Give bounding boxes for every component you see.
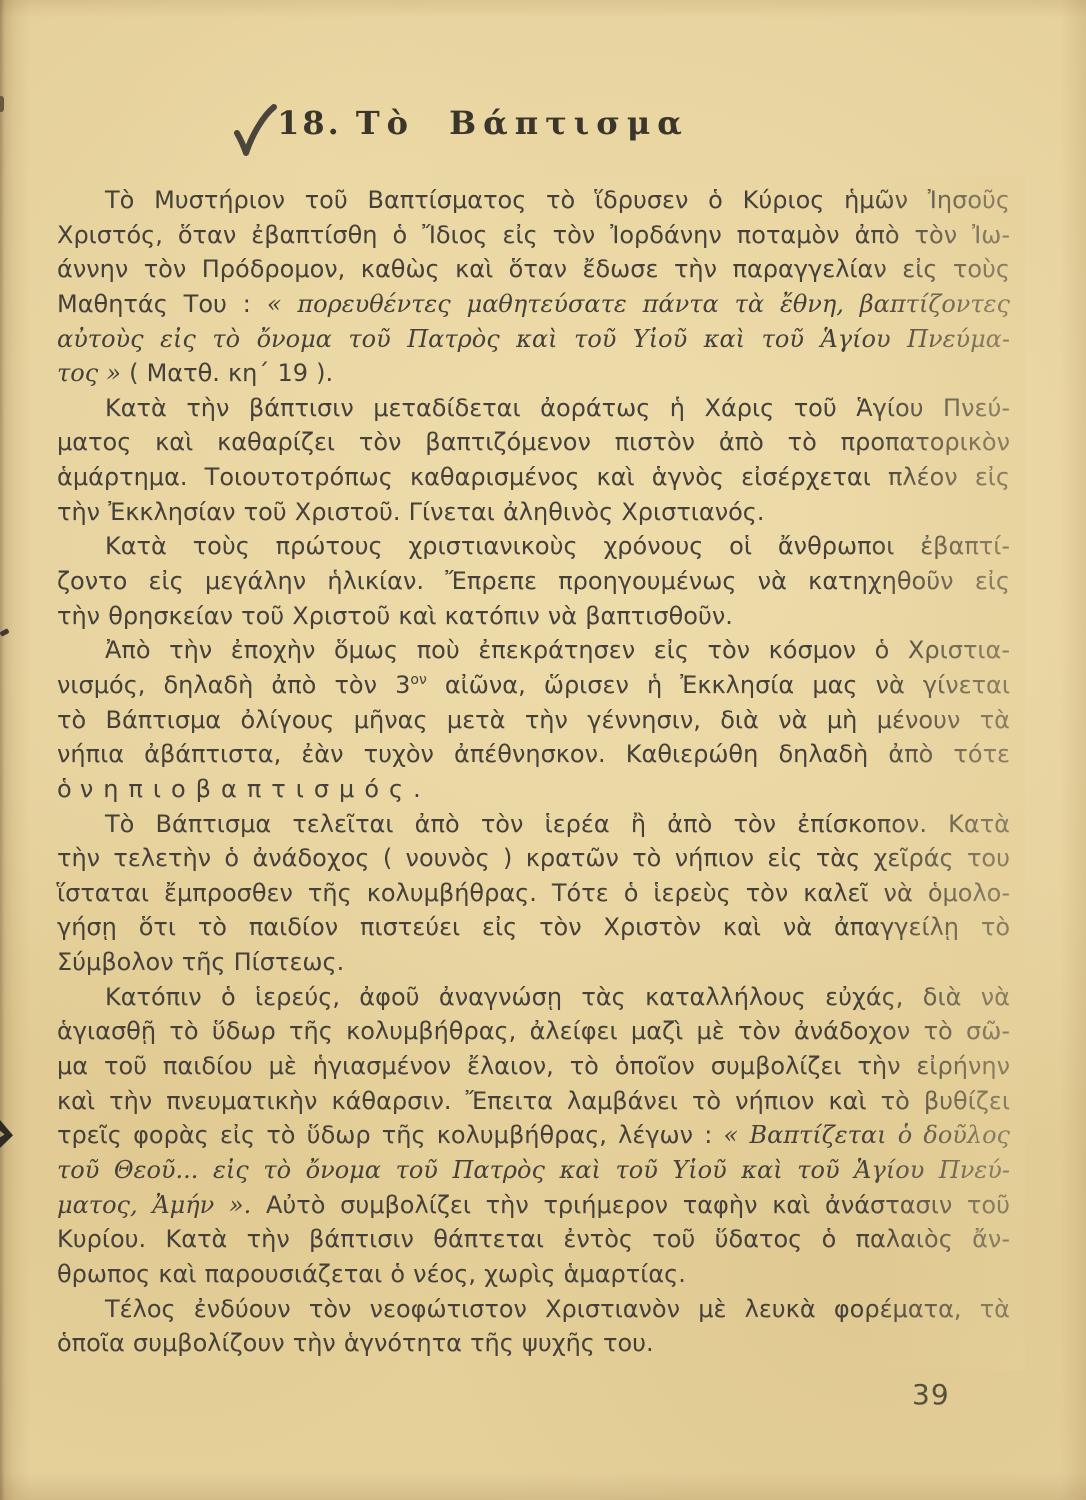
- text-run: Αὐτὸ συμβολίζει τὴν τριήμερον ταφὴν καὶ …: [266, 1191, 1010, 1219]
- text-run: αἰῶνα, ὥρισεν ἡ Ἐκκλησία μας νὰ γίνεται: [427, 671, 1010, 699]
- text-run: τὴν τελετὴν ὁ ἀνάδοχος ( νουνὸς ) κρατῶν…: [57, 844, 1010, 872]
- pencil-arrow-mark: [0, 1120, 13, 1148]
- text-run: ἁγιασθῇ τὸ ὕδωρ τῆς κολυμβήθρας, ἀλείφει…: [57, 1017, 1010, 1045]
- text-run: Μαθητάς Του :: [57, 290, 267, 318]
- text-run: θρωπος καὶ παρουσιάζεται ὁ νέος, χωρὶς ἁ…: [57, 1260, 686, 1288]
- text-run: Τὸ Βάπτισμα τελεῖται ἀπὸ τὸν ἱερέα ἢ ἀπὸ…: [105, 810, 1010, 838]
- text-run: καὶ τὴν πνευματικὴν κάθαρσιν. Ἔπειτα λαμ…: [57, 1087, 1010, 1115]
- text-line: ματος, Ἀμήν ». Αὐτὸ συμβολίζει τὴν τριήμ…: [57, 1188, 1010, 1223]
- text-line: άννην τὸν Πρόδρομον, καθὼς καὶ ὅταν ἔδωσ…: [57, 252, 1010, 287]
- text-run: Κατὰ τοὺς πρώτους χριστιανικοὺς χρόνους …: [105, 532, 1010, 560]
- text-line: Σύμβολον τῆς Πίστεως.: [57, 945, 1010, 980]
- text-line: ἁγιασθῇ τὸ ὕδωρ τῆς κολυμβήθρας, ἀλείφει…: [57, 1014, 1010, 1049]
- text-line: τὴν τελετὴν ὁ ἀνάδοχος ( νουνὸς ) κρατῶν…: [57, 841, 1010, 876]
- text-run: Κυρίου. Κατὰ τὴν βάπτισιν θάπτεται ἐντὸς…: [57, 1225, 1010, 1253]
- text-line: τὴν θρησκείαν τοῦ Χριστοῦ καὶ κατόπιν νὰ…: [57, 599, 1010, 634]
- text-line: Τέλος ἐνδύουν τὸν νεοφώτιστον Χριστιανὸν…: [57, 1292, 1010, 1327]
- text-line: ὁ νηπιοβαπτισμός.: [57, 772, 1010, 807]
- text-run: ἁμάρτημα. Τοιουτοτρόπως καθαρισμένος καὶ…: [57, 463, 1010, 491]
- text-line: Κατὰ τὴν βάπτισιν μεταδίδεται ἀοράτως ἡ …: [57, 391, 1010, 426]
- text-line: ματος καὶ καθαρίζει τὸν βαπτιζόμενον πισ…: [57, 425, 1010, 460]
- text-line: Μαθητάς Του : « πορευθέντες μαθητεύσατε …: [57, 287, 1010, 322]
- text-run: Χριστός, ὅταν ἐβαπτίσθη ὁ Ἴδιος εἰς τὸν …: [57, 221, 1010, 249]
- text-run: Τέλος ἐνδύουν τὸν νεοφώτιστον Χριστιανὸν…: [105, 1295, 1010, 1323]
- text-run: Τὸ Μυστήριον τοῦ Βαπτίσματος τὸ ἵδρυσεν …: [105, 186, 1010, 214]
- text-run: νηπιοβαπτισμός.: [80, 775, 431, 803]
- text-run: τὸ Βάπτισμα ὀλίγους μῆνας μετὰ τὴν γέννη…: [57, 706, 1010, 734]
- text-line: τοῦ Θεοῦ... εἰς τὸ ὄνομα τοῦ Πατρὸς καὶ …: [57, 1153, 1010, 1188]
- text-line: θρωπος καὶ παρουσιάζεται ὁ νέος, χωρὶς ἁ…: [57, 1257, 1010, 1292]
- text-run: νήπια ἀβάπτιστα, ἐὰν τυχὸν ἀπέθνησκον. Κ…: [57, 740, 1010, 768]
- text-run: ὁ: [57, 775, 80, 803]
- text-line: νήπια ἀβάπτιστα, ἐὰν τυχὸν ἀπέθνησκον. Κ…: [57, 737, 1010, 772]
- page-edge-nick: [0, 96, 4, 112]
- text-run: τὴν θρησκείαν τοῦ Χριστοῦ καὶ κατόπιν νὰ…: [57, 602, 733, 630]
- text-run: ὁποῖα συμβολίζουν τὴν ἁγνότητα τῆς ψυχῆς…: [57, 1329, 654, 1357]
- text-run: Ἀπὸ τὴν ἐποχὴν ὅμως ποὺ ἐπεκράτησεν εἰς …: [105, 636, 1010, 664]
- text-run: τρεῖς φορὰς εἰς τὸ ὕδωρ τῆς κολυμβήθρας,…: [57, 1121, 724, 1149]
- text-line: μα τοῦ παιδίου μὲ ἡγιασμένον ἔλαιον, τὸ …: [57, 1049, 1010, 1084]
- text-run: τος »: [57, 359, 129, 387]
- text-line: Κυρίου. Κατὰ τὴν βάπτισιν θάπτεται ἐντὸς…: [57, 1222, 1010, 1257]
- text-line: καὶ τὴν πνευματικὴν κάθαρσιν. Ἔπειτα λαμ…: [57, 1084, 1010, 1119]
- text-line: νισμός, δηλαδὴ ἀπὸ τὸν 3ον αἰῶνα, ὥρισεν…: [57, 668, 1010, 703]
- text-run: άννην τὸν Πρόδρομον, καθὼς καὶ ὅταν ἔδωσ…: [57, 255, 1010, 283]
- text-line: ὁποῖα συμβολίζουν τὴν ἁγνότητα τῆς ψυχῆς…: [57, 1326, 1010, 1361]
- text-run: ἵσταται ἔμπροσθεν τῆς κολυμβήθρας. Τότε …: [57, 879, 1010, 907]
- text-run: Κατὰ τὴν βάπτισιν μεταδίδεται ἀοράτως ἡ …: [105, 394, 1010, 422]
- text-run: τοῦ Θεοῦ... εἰς τὸ ὄνομα τοῦ Πατρὸς καὶ …: [57, 1156, 1010, 1184]
- text-line: ἵσταται ἔμπροσθεν τῆς κολυμβήθρας. Τότε …: [57, 876, 1010, 911]
- body-text: Τὸ Μυστήριον τοῦ Βαπτίσματος τὸ ἵδρυσεν …: [57, 183, 1010, 1361]
- text-run: ( Ματθ. κη´ 19 ).: [129, 359, 333, 387]
- text-run: τὴν Ἐκκλησίαν τοῦ Χριστοῦ. Γίνεται ἀληθι…: [57, 498, 765, 526]
- text-run: μα τοῦ παιδίου μὲ ἡγιασμένον ἔλαιον, τὸ …: [57, 1052, 1010, 1080]
- text-run: Κατόπιν ὁ ἱερεύς, ἀφοῦ ἀναγνώσῃ τὰς κατα…: [105, 983, 1010, 1011]
- text-line: γήσῃ ὅτι τὸ παιδίον πιστεύει εἰς τὸν Χρι…: [57, 910, 1010, 945]
- chapter-heading: 18.Τὸ Βάπτισμα: [0, 104, 1086, 142]
- text-run: αὐτοὺς εἰς τὸ ὄνομα τοῦ Πατρὸς καὶ τοῦ Υ…: [57, 325, 1010, 353]
- page-number: 39: [912, 1378, 982, 1411]
- text-line: αὐτοὺς εἰς τὸ ὄνομα τοῦ Πατρὸς καὶ τοῦ Υ…: [57, 322, 1010, 357]
- text-line: ἁμάρτημα. Τοιουτοτρόπως καθαρισμένος καὶ…: [57, 460, 1010, 495]
- text-line: Τὸ Μυστήριον τοῦ Βαπτίσματος τὸ ἵδρυσεν …: [57, 183, 1010, 218]
- text-line: τος » ( Ματθ. κη´ 19 ).: [57, 356, 1010, 391]
- text-run: « Βαπτίζεται ὁ δοῦλος: [724, 1121, 1010, 1149]
- text-line: Ἀπὸ τὴν ἐποχὴν ὅμως ποὺ ἐπεκράτησεν εἰς …: [57, 633, 1010, 668]
- text-line: τὴν Ἐκκλησίαν τοῦ Χριστοῦ. Γίνεται ἀληθι…: [57, 495, 1010, 530]
- text-run: Σύμβολον τῆς Πίστεως.: [57, 948, 344, 976]
- text-line: Τὸ Βάπτισμα τελεῖται ἀπὸ τὸν ἱερέα ἢ ἀπὸ…: [57, 807, 1010, 842]
- book-page: 18.Τὸ Βάπτισμα Τὸ Μυστήριον τοῦ Βαπτίσμα…: [0, 0, 1086, 1500]
- text-run: νισμός, δηλαδὴ ἀπὸ τὸν 3: [57, 671, 410, 699]
- text-line: Χριστός, ὅταν ἐβαπτίσθη ὁ Ἴδιος εἰς τὸν …: [57, 218, 1010, 253]
- text-line: ζοντο εἰς μεγάλην ἡλικίαν. Ἔπρεπε προηγο…: [57, 564, 1010, 599]
- text-line: Κατόπιν ὁ ἱερεύς, ἀφοῦ ἀναγνώσῃ τὰς κατα…: [57, 980, 1010, 1015]
- text-run: « πορευθέντες μαθητεύσατε πάντα τὰ ἔθνη,…: [267, 290, 1010, 318]
- text-run: ματος καὶ καθαρίζει τὸν βαπτιζόμενον πισ…: [57, 428, 1010, 456]
- ink-smudge: [0, 628, 10, 637]
- text-line: τρεῖς φορὰς εἰς τὸ ὕδωρ τῆς κολυμβήθρας,…: [57, 1118, 1010, 1153]
- text-run: ματος, Ἀμήν ».: [57, 1191, 266, 1219]
- text-run: ζοντο εἰς μεγάλην ἡλικίαν. Ἔπρεπε προηγο…: [57, 567, 1010, 595]
- text-run: γήσῃ ὅτι τὸ παιδίον πιστεύει εἰς τὸν Χρι…: [57, 913, 1010, 941]
- text-run: ον: [410, 672, 426, 688]
- chapter-number: 18.: [277, 104, 342, 142]
- text-line: Κατὰ τοὺς πρώτους χριστιανικοὺς χρόνους …: [57, 529, 1010, 564]
- text-line: τὸ Βάπτισμα ὀλίγους μῆνας μετὰ τὴν γέννη…: [57, 703, 1010, 738]
- chapter-title: Τὸ Βάπτισμα: [356, 104, 689, 142]
